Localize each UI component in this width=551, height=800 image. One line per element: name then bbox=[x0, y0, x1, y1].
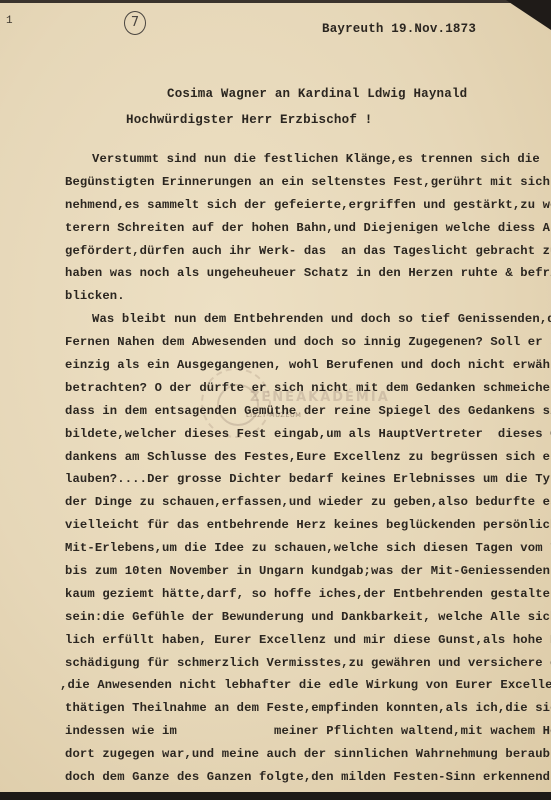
text-line: vielleicht für das entbehrende Herz kein… bbox=[65, 514, 551, 537]
text-line: einzig als ein Ausgegangenen, wohl Beruf… bbox=[65, 354, 551, 377]
text-line: nehmend,es sammelt sich der gefeierte,er… bbox=[65, 194, 551, 217]
text-line: dankens am Schlusse des Festes,Eure Exce… bbox=[65, 446, 551, 469]
text-line: dass in dem entsagenden Gemüthe der rein… bbox=[65, 400, 551, 423]
letter-body: Verstummt sind nun die festlichen Klänge… bbox=[65, 148, 551, 789]
text-line: schädigung für schmerzlich Vermisstes,zu… bbox=[65, 652, 551, 675]
text-line: ,die Anwesenden nicht lebhafter die edle… bbox=[60, 674, 551, 697]
scan-bottom-edge bbox=[0, 792, 551, 800]
folded-corner bbox=[506, 0, 551, 30]
text-line: thätigen Theilnahme an dem Feste,empfind… bbox=[65, 697, 551, 720]
text-line: lich erfüllt haben, Eurer Excellenz und … bbox=[65, 629, 551, 652]
scan-top-edge bbox=[0, 0, 551, 3]
dateline: Bayreuth 19.Nov.1873 bbox=[322, 22, 476, 36]
text-line: lauben?....Der grosse Dichter bedarf kei… bbox=[65, 468, 551, 491]
text-line: Was bleibt nun dem Entbehrenden und doch… bbox=[65, 308, 551, 331]
letter-heading: Cosima Wagner an Kardinal Ldwig Haynald bbox=[167, 87, 467, 101]
text-line: indessen wie im meiner Pflichten waltend… bbox=[65, 720, 551, 743]
text-line: Mit-Erlebens,um die Idee zu schauen,welc… bbox=[65, 537, 551, 560]
text-line: der Dinge zu schauen,erfassen,und wieder… bbox=[65, 491, 551, 514]
text-line: gefördert,dürfen auch ihr Werk- das an d… bbox=[65, 240, 551, 263]
text-line: dort zugegen war,und meine auch der sinn… bbox=[65, 743, 551, 766]
text-line: doch dem Ganze des Ganzen folgte,den mil… bbox=[65, 766, 551, 789]
salutation: Hochwürdigster Herr Erzbischof ! bbox=[126, 113, 372, 127]
letter-page: 1 7 Bayreuth 19.Nov.1873 Cosima Wagner a… bbox=[0, 0, 551, 792]
text-line: Verstummt sind nun die festlichen Klänge… bbox=[65, 148, 551, 171]
text-line: kaum geziemt hätte,darf, so hoffe iches,… bbox=[65, 583, 551, 606]
text-line: betrachten? O der dürfte er sich nicht m… bbox=[65, 377, 551, 400]
text-line: Begünstigten Erinnerungen an ein seltens… bbox=[65, 171, 551, 194]
pencil-folio-mark: 7 bbox=[124, 11, 146, 35]
text-line: bildete,welcher dieses Fest eingab,um al… bbox=[65, 423, 551, 446]
text-line: terern Schreiten auf der hohen Bahn,und … bbox=[65, 217, 551, 240]
text-line: Fernen Nahen dem Abwesenden und doch so … bbox=[65, 331, 551, 354]
text-line: blicken. bbox=[65, 285, 551, 308]
text-line: haben was noch als ungeheuheuer Schatz i… bbox=[65, 262, 551, 285]
text-line: sein:die Gefühle der Bewunderung und Dan… bbox=[65, 606, 551, 629]
archive-number: 1 bbox=[6, 15, 13, 27]
text-line: bis zum 10ten November in Ungarn kundgab… bbox=[65, 560, 551, 583]
